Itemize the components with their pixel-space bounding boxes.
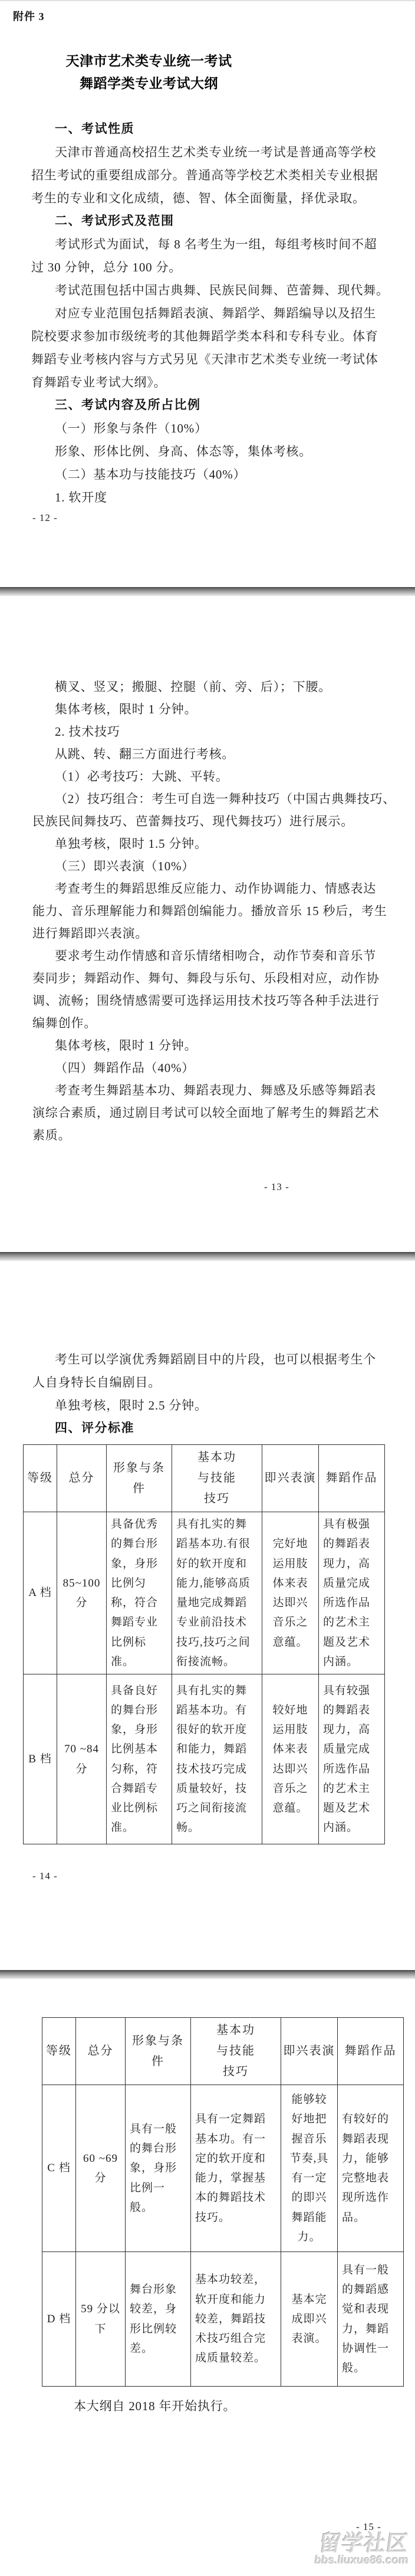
cell-improvisation: 完好地运用肢体来表达即兴音乐之意蕴。 bbox=[262, 1512, 319, 1674]
table-row-grade-d: D 档 59 分以下 舞台形象较差，身形比例较差。 基本功较差，软开度和能力较差… bbox=[42, 2252, 404, 2387]
cell-grade: B 档 bbox=[24, 1674, 57, 1844]
table-row-grade-b: B 档 70 ~84 分 具备良好的舞台形象，身形比例基本匀称，符合舞蹈专业比例… bbox=[24, 1674, 385, 1844]
effective-date-line: 本大纲自 2018 年开始执行。 bbox=[74, 2397, 236, 2414]
body-line: 天津市普通高校招生艺术类专业统一考试是普通高等学校 bbox=[55, 145, 376, 159]
table-header-row: 等级 总分 形象与条件 基本功与技能技巧 即兴表演 舞蹈作品 bbox=[24, 1445, 385, 1512]
body-line: 形象、形体比例、身高、体态等，集体考核。 bbox=[55, 444, 312, 458]
body-line: （1）必考技巧：大跳、平转。 bbox=[55, 769, 229, 784]
watermark-text: 留学社区 bbox=[311, 2532, 415, 2555]
cell-score: 59 分以下 bbox=[76, 2252, 126, 2387]
header-grade: 等级 bbox=[24, 1445, 57, 1512]
watermark-url: bbs.liuxue86.com bbox=[309, 2555, 414, 2567]
cell-dance-works: 具有较强的舞蹈表现力，高质量完成所选作品的艺术主题及艺术内涵。 bbox=[319, 1674, 385, 1844]
body-line: 进行舞蹈即兴表演。 bbox=[32, 926, 148, 940]
body-line: 奏同步；舞蹈动作、舞句、舞段与乐句、乐段相对应，动作协 bbox=[32, 971, 380, 985]
body-line: 能力、音乐理解能力和舞蹈创编能力。播放音乐 15 秒后，考生 bbox=[32, 904, 387, 918]
body-line: 1. 软开度 bbox=[55, 490, 107, 504]
header-appearance: 形象与条件 bbox=[126, 2018, 191, 2085]
body-line: 从跳、转、翻三方面进行考核。 bbox=[55, 747, 235, 761]
cell-basic-skill: 具有一定舞蹈基本功。有一定的软开度和能力，掌握基本的舞蹈技术技巧。 bbox=[191, 2085, 281, 2252]
body-line: （一）形象与条件（10%） bbox=[55, 421, 207, 435]
body-line: 民族民间舞技巧、芭蕾舞技巧、现代舞技巧）进行展示。 bbox=[32, 814, 354, 828]
cell-improvisation: 较好地运用肢体来表达即兴音乐之意蕴。 bbox=[262, 1674, 319, 1844]
body-line: （三）即兴表演（10%） bbox=[55, 859, 195, 873]
body-line: （二）基本功与技能技巧（40%） bbox=[55, 467, 246, 481]
table-row-grade-a: A 档 85~100 分 具备优秀的舞台形象，身形比例匀称，符合舞蹈专业比例标准… bbox=[24, 1512, 385, 1674]
cell-grade: C 档 bbox=[42, 2085, 76, 2252]
cell-improvisation: 基本完成即兴表演。 bbox=[281, 2252, 338, 2387]
body-line: 舞蹈专业考核内容与方式另见《天津市艺术类专业统一考试体 bbox=[31, 352, 378, 366]
body-line: 编舞创作。 bbox=[32, 1016, 97, 1030]
section-4-heading: 四、评分标准 bbox=[55, 1421, 134, 1436]
cell-basic-skill: 具有扎实的舞蹈基本功。有很好的软开度和能力，舞蹈技术技巧完成质量较好，技巧之间衔… bbox=[172, 1674, 262, 1844]
body-line: 单独考核，限时 2.5 分钟。 bbox=[55, 1398, 207, 1412]
body-line: 考试形式为面试，每 8 名考生为一组，每组考核时间不超 bbox=[55, 237, 377, 251]
header-basic-skill: 基本功与技能技巧 bbox=[191, 2018, 281, 2085]
cell-basic-skill: 基本功较差，软开度和能力较差，舞蹈技术技巧组合完成质量较差。 bbox=[191, 2252, 281, 2387]
cell-grade: A 档 bbox=[24, 1512, 57, 1674]
document-scan: 附件 3 天津市艺术类专业统一考试 舞蹈学类专业考试大纲 一、考试性质 天津市普… bbox=[0, 0, 415, 2576]
section-1-heading: 一、考试性质 bbox=[55, 122, 134, 136]
body-line: 院校要求参加市级统考的其他舞蹈学类本科和专科专业。体育 bbox=[31, 329, 378, 343]
grade-table-ab: 等级 总分 形象与条件 基本功与技能技巧 即兴表演 舞蹈作品 A 档 85~10… bbox=[23, 1444, 385, 1844]
watermark-logo: 留学社区 bbs.liuxue86.com bbox=[309, 2532, 415, 2567]
body-line: 对应专业范围包括舞蹈表演、舞蹈学、舞蹈编导以及招生 bbox=[55, 306, 376, 320]
body-line: 考查考生的舞蹈思维反应能力、动作协调能力、情感表达 bbox=[55, 881, 376, 896]
cell-score: 60 ~69 分 bbox=[76, 2085, 126, 2252]
table-row-grade-c: C 档 60 ~69 分 具有一般的舞台形象，身形比例一般。 具有一定舞蹈基本功… bbox=[42, 2085, 404, 2252]
header-grade: 等级 bbox=[42, 2018, 76, 2085]
header-dance-works: 舞蹈作品 bbox=[319, 1445, 385, 1512]
table-header-row: 等级 总分 形象与条件 基本功与技能技巧 即兴表演 舞蹈作品 bbox=[42, 2018, 404, 2085]
body-line: 素质。 bbox=[32, 1128, 71, 1142]
body-line: （2）技巧组合：考生可自选一舞种技巧（中国古典舞技巧、 bbox=[55, 792, 396, 806]
body-line: 过 30 分钟，总分 100 分。 bbox=[31, 260, 182, 274]
body-line: 考生可以学演优秀舞蹈剧目中的片段，也可以根据考生个 bbox=[55, 1352, 376, 1366]
page-number-12: - 12 - bbox=[32, 512, 58, 524]
document-title-line1: 天津市艺术类专业统一考试 bbox=[0, 50, 298, 70]
body-line: 考生的专业和文化成绩，德、智、体全面衡量，择优录取。 bbox=[31, 191, 365, 205]
body-line: 招生考试的重要组成部分。普通高等学校艺术类相关专业根据 bbox=[31, 168, 378, 182]
body-line: 育舞蹈专业考试大纲》。 bbox=[31, 375, 166, 389]
cell-score: 70 ~84 分 bbox=[57, 1674, 107, 1844]
cell-score: 85~100 分 bbox=[57, 1512, 107, 1674]
header-dance-works: 舞蹈作品 bbox=[338, 2018, 404, 2085]
page-divider bbox=[0, 1970, 415, 1979]
cell-appearance: 具备良好的舞台形象，身形比例基本匀称，符合舞蹈专业比例标准。 bbox=[107, 1674, 172, 1844]
body-line: （四）舞蹈作品（40%） bbox=[55, 1061, 195, 1075]
cell-dance-works: 有较好的舞蹈表现力，能够完整地表现所选作品。 bbox=[338, 2085, 404, 2252]
header-improvisation: 即兴表演 bbox=[281, 2018, 338, 2085]
body-line: 2. 技术技巧 bbox=[55, 725, 120, 739]
cell-appearance: 具备优秀的舞台形象，身形比例匀称，符合舞蹈专业比例标准。 bbox=[107, 1512, 172, 1674]
grade-table-cd: 等级 总分 形象与条件 基本功与技能技巧 即兴表演 舞蹈作品 C 档 60 ~6… bbox=[42, 2017, 404, 2387]
page-divider bbox=[0, 1252, 415, 1261]
body-line: 调、流畅；围绕情感需要可选择运用技术技巧等各种手法进行 bbox=[32, 994, 380, 1008]
body-line: 集体考核，限时 1 分钟。 bbox=[55, 702, 197, 716]
body-line: 考试范围包括中国古典舞、民族民间舞、芭蕾舞、现代舞。 bbox=[55, 283, 389, 297]
section-3-heading: 三、考试内容及所占比例 bbox=[55, 398, 201, 412]
cell-grade: D 档 bbox=[42, 2252, 76, 2387]
document-title-line2: 舞蹈学类专业考试大纲 bbox=[0, 73, 298, 92]
header-improvisation: 即兴表演 bbox=[262, 1445, 319, 1512]
body-line: 集体考核，限时 1 分钟。 bbox=[55, 1038, 197, 1053]
body-line: 横叉、竖叉；搬腿、控腿（前、旁、后）；下腰。 bbox=[55, 680, 331, 694]
cell-appearance: 具有一般的舞台形象，身形比例一般。 bbox=[126, 2085, 191, 2252]
page-number-14: - 14 - bbox=[32, 1870, 58, 1882]
attachment-label: 附件 3 bbox=[13, 8, 45, 24]
page-number-13: - 13 - bbox=[264, 1181, 289, 1193]
body-line: 考查考生舞蹈基本功、舞蹈表现力、舞感及乐感等舞蹈表 bbox=[55, 1083, 376, 1097]
cell-dance-works: 具有极强的舞蹈表现力，高质量完成所选作品的艺术主题及艺术内涵。 bbox=[319, 1512, 385, 1674]
cell-dance-works: 具有一般的舞蹈感觉和表现力，舞蹈协调性一般。 bbox=[338, 2252, 404, 2387]
page-divider bbox=[0, 587, 415, 596]
cell-basic-skill: 具有扎实的舞蹈基本功.有很好的软开度和能力,能够高质量地完成舞蹈专业前沿技术技巧… bbox=[172, 1512, 262, 1674]
header-basic-skill: 基本功与技能技巧 bbox=[172, 1445, 262, 1512]
body-line: 人自身特长自编剧目。 bbox=[32, 1375, 161, 1389]
header-score: 总分 bbox=[76, 2018, 126, 2085]
cell-appearance: 舞台形象较差，身形比例较差。 bbox=[126, 2252, 191, 2387]
section-2-heading: 二、考试形式及范围 bbox=[55, 214, 174, 228]
body-line: 演综合素质，通过剧目考试可以较全面地了解考生的舞蹈艺术 bbox=[32, 1106, 380, 1120]
body-line: 单独考核，限时 1.5 分钟。 bbox=[55, 837, 207, 851]
header-appearance: 形象与条件 bbox=[107, 1445, 172, 1512]
header-score: 总分 bbox=[57, 1445, 107, 1512]
cell-improvisation: 能够较好地把握音乐节奏,具有一定的即兴舞蹈能力。 bbox=[281, 2085, 338, 2252]
body-line: 要求考生动作情感和音乐情绪相吻合，动作节奏和音乐节 bbox=[55, 949, 376, 963]
